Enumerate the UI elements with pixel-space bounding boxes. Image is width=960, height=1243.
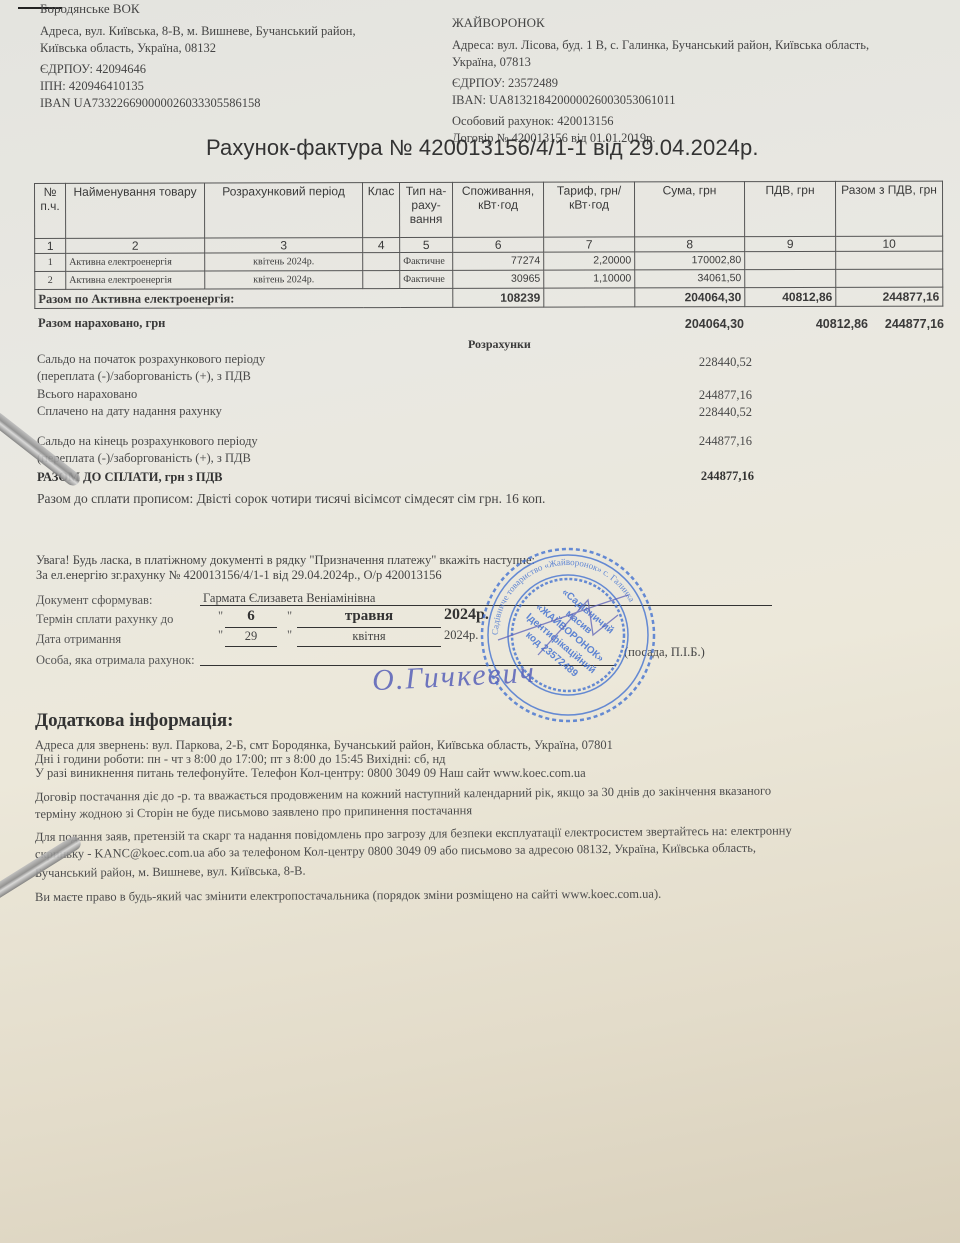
calculations-title: Розрахунки [468,337,531,352]
working-hours: Дні і години роботи: пн - чт з 8:00 до 1… [35,752,446,767]
subtotal-consumption: 108239 [453,288,544,307]
buyer-iban: IBAN: UA813218420000026003053061011 [452,92,932,109]
cell-n: 1 [35,253,66,271]
cell-consumption: 77274 [453,252,544,270]
payment-note-line2: За ел.енергію зг.рахунку № 420013156/4/1… [36,568,535,583]
seller-name: Бородянське ВОК [40,0,440,17]
cell-type: Фактичне [400,252,453,270]
cell-tariff: 2,20000 [544,252,635,270]
col-number: 4 [363,238,400,253]
amount-due-value: 244877,16 [634,469,754,484]
cell-period: квітень 2024р. [205,253,363,271]
receiver-label: Особа, яка отримала рахунок: [36,653,195,668]
created-by-label: Документ сформував: [36,593,152,608]
buyer-personal-account: Особовий рахунок: 420013156 [452,113,932,130]
closing-balance-note: (переплата (-)/заборгованість (+), з ПДВ [37,451,251,466]
subtotal-tariff [544,288,635,307]
cell-vat [745,269,836,287]
invoice-table: № п.ч. Найменування товару Розрахунковий… [34,181,943,309]
col-number: 2 [66,238,205,253]
col-number: 5 [400,237,453,252]
due-date-label: Термін сплати рахунку до [36,612,173,627]
payment-note-line1: Увага! Будь ласка, в платіжному документ… [36,553,535,568]
contract-term-line1: Договір постачання діє до -р. та вважаєт… [35,784,771,805]
cell-name: Активна електроенергія [66,253,205,271]
seller-iban: IBAN UA733226690000026033305586158 [40,95,440,112]
accrued-total: 244877,16 [838,317,944,331]
closing-balance-value: 244877,16 [632,434,752,449]
payment-note: Увага! Будь ласка, в платіжному документ… [36,553,535,583]
additional-info-title: Додаткова інформація: [35,710,234,732]
subtotal-sum: 204064,30 [635,288,745,307]
col-header: Тип на-раху-вання [400,182,453,237]
cell-period: квітень 2024р. [205,271,363,289]
subtotal-vat: 40812,86 [745,287,836,306]
col-header: Споживання, кВт·год [452,182,543,237]
received-year: 2024р. [444,628,478,643]
table-header-row: № п.ч. Найменування товару Розрахунковий… [35,181,943,238]
cell-consumption: 30965 [453,270,544,288]
quote-mark: " [287,609,292,624]
table-row: 1 Активна електроенергія квітень 2024р. … [35,251,943,271]
table-row: 2 Активна електроенергія квітень 2024р. … [35,269,943,289]
right-to-change-supplier: Ви маєте право в будь-який час змінити е… [35,887,661,905]
col-header: ПДВ, грн [744,181,835,236]
buyer-block: ЖАЙВОРОНОК Адреса: вул. Лісова, буд. 1 В… [452,14,932,147]
received-day: 29 [226,629,276,644]
accrued-sum: 204064,30 [618,317,744,331]
seller-ipn: ІПН: 420946410135 [40,78,440,95]
paid-value: 228440,52 [632,405,752,420]
seller-edrpou: ЄДРПОУ: 42094646 [40,61,440,78]
accrued-label: Разом нараховано, грн [38,316,165,331]
col-number: 10 [836,236,943,251]
col-number: 9 [745,236,836,251]
cell-n: 2 [35,271,66,289]
call-center-info: У разі виникнення питань телефонуйте. Те… [35,766,586,781]
col-header: № п.ч. [35,183,66,238]
total-accrued-value: 244877,16 [632,388,752,403]
col-number: 7 [544,237,635,252]
received-month-underline [297,646,441,647]
cell-vat [745,251,836,269]
due-day: 6 [226,608,276,625]
opening-balance-value: 228440,52 [632,355,752,370]
buyer-address-2: Україна, 07813 [452,54,932,71]
col-header: Разом з ПДВ, грн [835,181,942,236]
opening-balance-label: Сальдо на початок розрахункового періоду [37,352,265,367]
cell-type: Фактичне [400,270,453,288]
col-header: Розрахунковий період [205,183,363,238]
total-accrued-label: Всього нараховано [37,387,137,402]
cell-total [836,269,943,287]
closing-balance-label: Сальдо на кінець розрахункового періоду [37,434,258,449]
quote-mark: " [218,628,223,643]
col-header: Найменування товару [66,183,205,238]
seller-block: Бородянське ВОК Адреса, вул. Київська, 8… [40,0,440,112]
cell-sum: 170002,80 [635,252,745,270]
received-month: квітня [297,629,441,644]
received-date-label: Дата отримання [36,632,121,647]
buyer-edrpou: ЄДРПОУ: 23572489 [452,75,932,92]
stamp-seal: Садівниче товариство «Жайворонок» с. Гал… [478,545,658,725]
col-header: Тариф, грн/кВт·год [543,182,634,237]
col-header: Клас [363,183,400,238]
buyer-name: ЖАЙВОРОНОК [452,14,932,31]
opening-balance-note: (переплата (-)/заборгованість (+), з ПДВ [37,369,251,384]
subtotal-row: Разом по Активна електроенергія: 108239 … [35,287,943,308]
due-month: травня [297,608,441,625]
col-number: 3 [205,238,363,253]
quote-mark: " [218,609,223,624]
due-month-underline [297,627,441,628]
amount-in-words: Разом до сплати прописом: Двісті сорок ч… [37,491,545,507]
col-number: 1 [35,238,66,253]
claims-line3: Бучанський район, м. Вишневе, вул. Київс… [35,864,306,881]
cell-total [836,251,943,269]
received-day-underline [225,646,277,647]
cell-tariff: 1,10000 [544,270,635,288]
seller-address-1: Адреса, вул. Київська, 8-В, м. Вишневе, … [40,23,440,40]
due-day-underline [225,627,277,628]
seller-address-2: Київська область, Україна, 08132 [40,40,440,57]
contact-address: Адреса для звернень: вул. Паркова, 2-Б, … [35,738,613,753]
col-number: 6 [453,237,544,252]
quote-mark: " [287,628,292,643]
col-header: Сума, грн [634,182,744,237]
col-number: 8 [635,237,745,252]
contract-term-line2: терміну жодною зі Сторін не буде письмов… [35,803,472,822]
invoice-title: Рахунок-фактура № 420013156/4/1-1 від 29… [206,135,759,161]
cell-class [363,271,400,289]
cell-sum: 34061,50 [635,270,745,288]
subtotal-total: 244877,16 [836,287,943,306]
cell-name: Активна електроенергія [66,271,205,289]
subtotal-label: Разом по Активна електроенергія: [35,288,453,308]
created-by-value: Гармата Єлизавета Веніамінівна [203,591,375,606]
buyer-address-1: Адреса: вул. Лісова, буд. 1 В, с. Галинк… [452,37,932,54]
paid-label: Сплачено на дату надання рахунку [37,404,222,419]
cell-class [363,253,400,271]
